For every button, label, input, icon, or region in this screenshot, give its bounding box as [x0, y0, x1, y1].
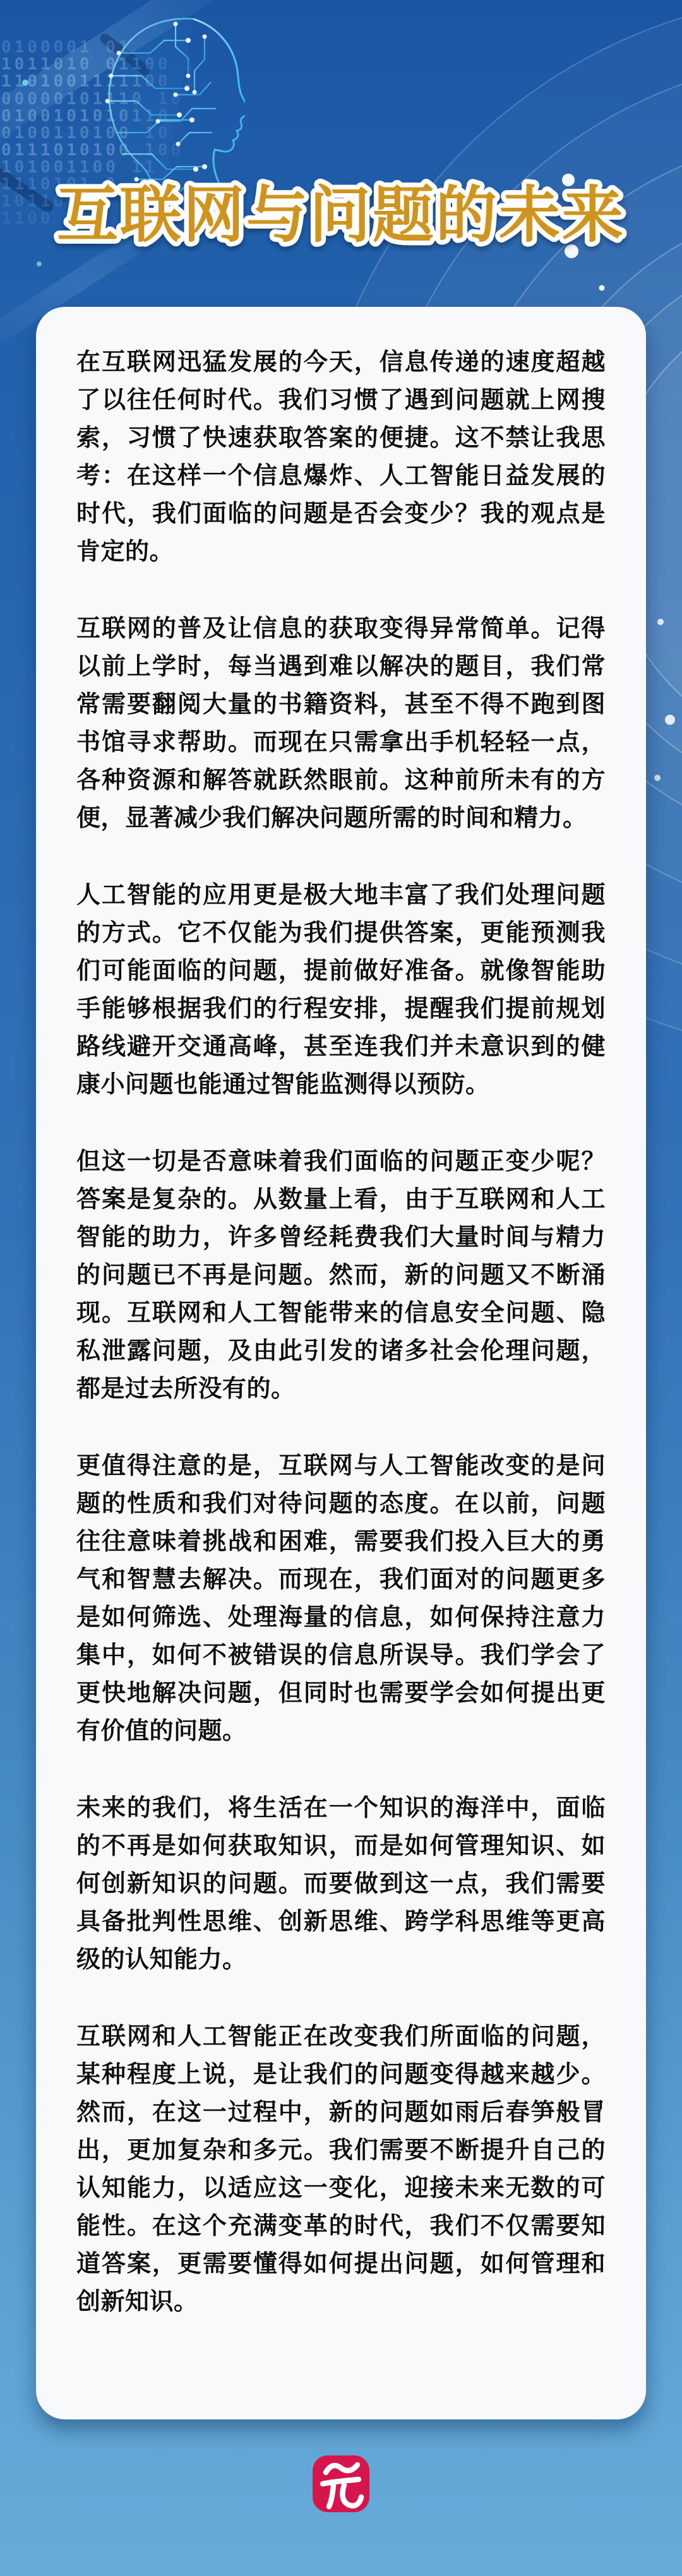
paragraph: 人工智能的应用更是极大地丰富了我们处理问题的方式。它不仅能为我们提供答案，更能预…: [76, 876, 606, 1104]
brand-logo-icon: [313, 2455, 369, 2512]
paragraph: 在互联网迅猛发展的今天，信息传递的速度超越了以往任何时代。我们习惯了遇到问题就上…: [76, 343, 606, 571]
paragraph: 互联网的普及让信息的获取变得异常简单。记得以前上学时，每当遇到难以解决的题目，我…: [76, 610, 606, 837]
paragraph: 未来的我们，将生活在一个知识的海洋中，面临的不再是如何获取知识，而是如何管理知识…: [76, 1789, 606, 1979]
page-title-text: 互联网与问题的未来: [57, 181, 625, 249]
paragraph: 互联网和人工智能正在改变我们所面临的问题，某种程度上说，是让我们的问题变得越来越…: [76, 2018, 606, 2321]
paragraph: 但这一切是否意味着我们面临的问题正变少呢？答案是复杂的。从数量上看，由于互联网和…: [76, 1143, 606, 1408]
article-card: 在互联网迅猛发展的今天，信息传递的速度超越了以往任何时代。我们习惯了遇到问题就上…: [36, 307, 646, 2419]
poster-canvas: 0100001 01 1011010 01100 1 1101001111100…: [0, 0, 682, 2576]
page-title: 互联网与问题的未来: [0, 169, 682, 258]
paragraph: 更值得注意的是，互联网与人工智能改变的是问题的性质和我们对待问题的态度。在以前，…: [76, 1447, 606, 1750]
